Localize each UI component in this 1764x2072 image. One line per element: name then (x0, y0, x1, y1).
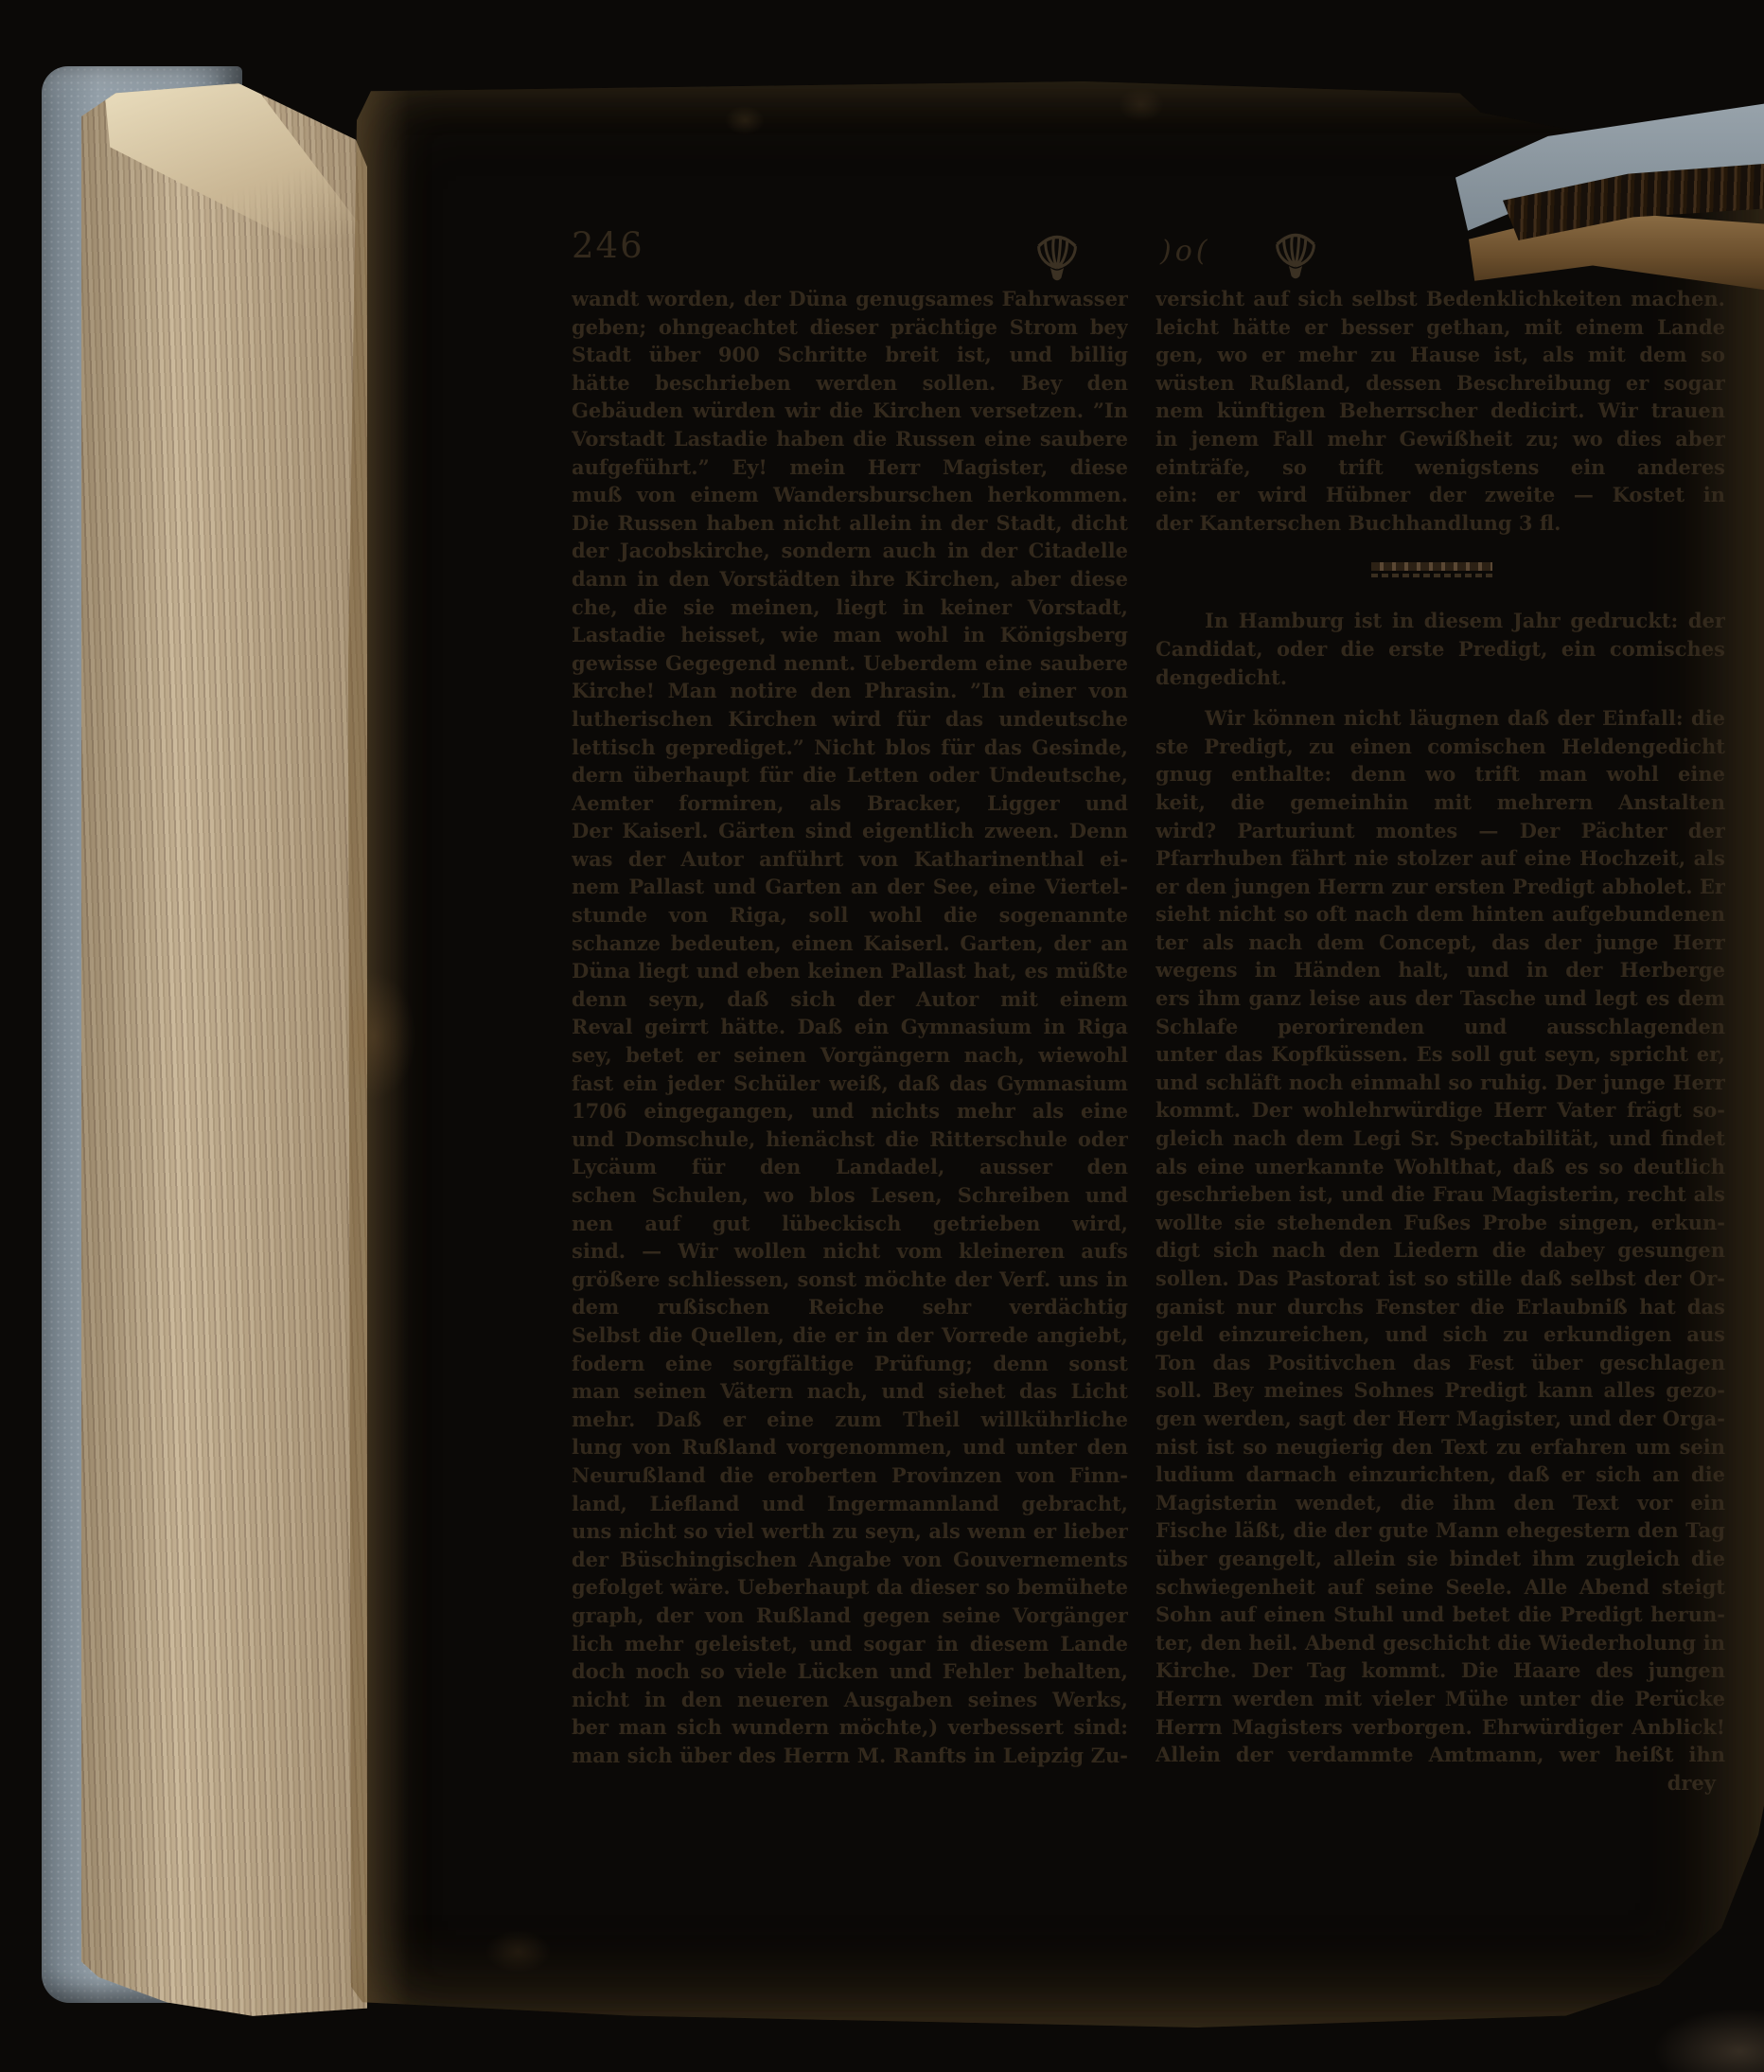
text-line: Sohn auf einen Stuhl und betet die Predi… (1155, 1601, 1725, 1629)
text-line: Schlafe perorirenden und ausschlagenden … (1155, 1013, 1725, 1041)
text-line: aufgeführt.” Ey! mein Herr Magister, die… (572, 453, 1128, 482)
corner-shadow (1599, 1969, 1764, 2072)
text-line: in jenem Fall mehr Gewißheit zu; wo dies… (1155, 425, 1725, 453)
text-line: lich mehr geleistet, und sogar in diesem… (572, 1630, 1128, 1658)
text-line: der Kanterschen Buchhandlung 3 fl. (1155, 509, 1725, 538)
text-line: gewisse Gegegend nennt. Ueberdem eine sa… (572, 649, 1128, 678)
text-line: Reval geirrt hätte. Daß ein Gymnasium in… (572, 1013, 1128, 1041)
text-line: man seinen Vätern nach, und siehet das L… (572, 1377, 1128, 1406)
text-line: was der Autor anführt von Katharinenthal… (572, 845, 1128, 874)
text-line: 1706 eingegangen, und nichts mehr als ei… (572, 1097, 1128, 1125)
text-line: ers ihm ganz leise aus der Tasche und le… (1155, 984, 1725, 1013)
text-column-left: wandt worden, der Düna genugsames Fahrwa… (572, 285, 1128, 1769)
review-paragraph: Wir können nicht läugnen daß der Einfall… (1155, 704, 1725, 1769)
text-line: muß von einem Wandersburschen herkommen. (572, 481, 1128, 509)
text-line: wandt worden, der Düna genugsames Fahrwa… (572, 285, 1128, 313)
text-line: nist ist so neugierig den Text zu erfahr… (1155, 1433, 1725, 1461)
text-line: Aemter formiren, als Bracker, Ligger und… (572, 789, 1128, 818)
text-line: wollte sie stehenden Fußes Probe singen,… (1155, 1209, 1725, 1237)
text-line: leicht hätte er besser gethan, mit einem… (1155, 313, 1725, 342)
text-line: Vorstadt Lastadie haben die Russen eine … (572, 425, 1128, 453)
text-line: denn seyn, daß sich der Autor mit einem … (572, 985, 1128, 1014)
text-line: dann in den Vorstädten ihre Kirchen, abe… (572, 565, 1128, 593)
text-line: geben; ohngeachtet dieser prächtige Stro… (572, 313, 1128, 342)
text-line: gen, wo er mehr zu Hause ist, als mit de… (1155, 341, 1725, 369)
text-line: und Domschule, hienächst die Ritterschul… (572, 1125, 1128, 1154)
text-line: über geangelt, allein sie bindet ihm zug… (1155, 1545, 1725, 1573)
text-line: unter das Kopfküssen. Es soll gut seyn, … (1155, 1040, 1725, 1069)
text-line: schwiegenheit auf seine Seele. Alle Aben… (1155, 1573, 1725, 1602)
hamburg-paragraph: In Hamburg ist in diesem Jahr gedruckt: … (1155, 607, 1725, 691)
text-line: nen auf gut lübeckisch getrieben wird, v… (572, 1210, 1128, 1238)
text-line: dengedicht. (1155, 664, 1725, 692)
text-line: nem Pallast und Garten an der See, eine … (572, 873, 1128, 901)
section-divider-ornament (1371, 562, 1492, 579)
text-line: versicht auf sich selbst Bedenklichkeite… (1155, 285, 1725, 313)
text-line: geld einzureichen, und sich zu erkundige… (1155, 1320, 1725, 1349)
text-line: Pfarrhuben fährt nie stolzer auf eine Ho… (1155, 844, 1725, 873)
catchword: drey (1155, 1769, 1725, 1798)
text-line: Düna liegt und eben keinen Pallast hat, … (572, 957, 1128, 985)
text-line: ludium darnach einzurichten, daß er sich… (1155, 1461, 1725, 1489)
text-line: als eine unerkannte Wohlthat, daß es so … (1155, 1153, 1725, 1181)
text-line: fodern eine sorgfältige Prüfung; denn so… (572, 1350, 1128, 1378)
text-line: Fische läßt, die der gute Mann ehegester… (1155, 1516, 1725, 1545)
text-line: wüsten Rußland, dessen Beschreibung er s… (1155, 369, 1725, 398)
text-line: gnug enthalte: denn wo trift man wohl ei… (1155, 760, 1725, 788)
text-line: Allein der verdammte Amtmann, wer heißt … (1155, 1741, 1725, 1769)
text-line: mehr. Daß er eine zum Theil willkührlich… (572, 1406, 1128, 1434)
text-line: sollen. Das Pastorat ist so stille daß s… (1155, 1265, 1725, 1293)
text-line: fast ein jeder Schüler weiß, daß das Gym… (572, 1070, 1128, 1098)
signature-mark: )o( (1160, 235, 1210, 268)
text-line: Herrn Magisters verborgen. Ehrwürdiger A… (1155, 1713, 1725, 1742)
text-line: Der Kaiserl. Gärten sind eigentlich zwee… (572, 817, 1128, 845)
text-line: Selbst die Quellen, die er in der Vorred… (572, 1321, 1128, 1350)
divider-dashes (1371, 574, 1492, 577)
text-line: Lycäum für den Landadel, ausser den soge… (572, 1153, 1128, 1181)
text-line: lettisch geprediget.” Nicht blos für das… (572, 734, 1128, 762)
text-line: sieht nicht so oft nach dem hinten aufge… (1155, 900, 1725, 929)
text-line: wegens in Händen halt, und in der Herber… (1155, 956, 1725, 984)
text-line: geschrieben ist, und die Frau Magisterin… (1155, 1180, 1725, 1209)
text-line: er den jungen Herrn zur ersten Predigt a… (1155, 873, 1725, 901)
text-line: stunde von Riga, soll wohl die sogenannt… (572, 901, 1128, 930)
text-line: schen Schulen, wo blos Lesen, Schreiben … (572, 1181, 1128, 1210)
text-line: ste Predigt, zu einen comischen Heldenge… (1155, 733, 1725, 761)
text-line: Candidat, oder die erste Predigt, ein co… (1155, 635, 1725, 664)
text-line: Wir können nicht läugnen daß der Einfall… (1155, 704, 1725, 733)
text-line: Neurußland die eroberten Provinzen von F… (572, 1461, 1128, 1490)
text-line: land, Liefland und Ingermannland gebrach… (572, 1490, 1128, 1518)
text-line: Magisterin wendet, die ihm den Text vor … (1155, 1489, 1725, 1517)
text-line: Kirche! Man notire den Phrasin. ”In eine… (572, 677, 1128, 705)
text-line: Lastadie heisset, wie man wohl in Königs… (572, 621, 1128, 649)
text-line: gefolget wäre. Ueberhaupt da dieser so b… (572, 1573, 1128, 1602)
text-line: schanze bedeuten, einen Kaiserl. Garten,… (572, 930, 1128, 958)
text-line: ganist nur durchs Fenster die Erlaubniß … (1155, 1293, 1725, 1321)
text-line: digt sich nach den Liedern die dabey ges… (1155, 1236, 1725, 1265)
text-line: der Jacobskirche, sondern auch in der Ci… (572, 537, 1128, 565)
text-line: ein: er wird Hübner der zweite — Kostet … (1155, 481, 1725, 509)
text-line: kommt. Der wohlehrwürdige Herr Vater frä… (1155, 1096, 1725, 1125)
text-line: Kirche. Der Tag kommt. Die Haare des jun… (1155, 1656, 1725, 1685)
left-paragraph: wandt worden, der Düna genugsames Fahrwa… (572, 285, 1128, 1769)
text-line: größere schliessen, sonst möchte der Ver… (572, 1266, 1128, 1294)
text-line: keit, die gemeinhin mit mehrern Anstalte… (1155, 788, 1725, 817)
text-line: graph, der von Rußland gegen seine Vorgä… (572, 1602, 1128, 1630)
text-line: Gebäuden würden wir die Kirchen versetze… (572, 397, 1128, 425)
text-line: lutherischen Kirchen wird für das undeut… (572, 705, 1128, 734)
text-line: che, die sie meinen, liegt in keiner Vor… (572, 593, 1128, 622)
page-number: 246 (572, 225, 644, 266)
text-line: dem rußischen Reiche sehr verdächtig ers… (572, 1293, 1128, 1321)
text-line: Stadt über 900 Schritte breit ist, und b… (572, 341, 1128, 369)
text-line: lung von Rußland vorgenommen, und unter … (572, 1433, 1128, 1461)
text-line: man sich über des Herrn M. Ranfts in Lei… (572, 1742, 1128, 1770)
text-line: wird? Parturiunt montes — Der Pächter de… (1155, 817, 1725, 845)
shell-ornament-icon (1270, 231, 1321, 288)
text-line: einträfe, so trift wenigstens ein andere… (1155, 453, 1725, 482)
text-line: ter als nach dem Concept, das der junge … (1155, 929, 1725, 957)
shell-ornament-icon (1032, 233, 1083, 290)
text-line: nicht in den neueren Ausgaben seines Wer… (572, 1686, 1128, 1714)
text-line: und schläft noch einmahl so ruhig. Der j… (1155, 1069, 1725, 1097)
text-line: dern überhaupt für die Letten oder Undeu… (572, 761, 1128, 789)
text-line: gleich nach dem Legi Sr. Spectabilität, … (1155, 1125, 1725, 1153)
text-line: sey, betet er seinen Vorgängern nach, wi… (572, 1041, 1128, 1070)
text-column-right: versicht auf sich selbst Bedenklichkeite… (1155, 285, 1725, 1798)
text-line: ter, den heil. Abend geschicht die Wiede… (1155, 1629, 1725, 1657)
text-line: hätte beschrieben werden sollen. Bey den… (572, 369, 1128, 398)
page-edges-stack (81, 80, 367, 2022)
text-line: Ton das Positivchen das Fest über geschl… (1155, 1349, 1725, 1377)
text-line: doch noch so viele Lücken und Fehler beh… (572, 1657, 1128, 1686)
text-line: ber man sich wundern möchte,) verbessert… (572, 1713, 1128, 1742)
text-line: Die Russen haben nicht allein in der Sta… (572, 509, 1128, 538)
text-line: sind. — Wir wollen nicht vom kleineren a… (572, 1237, 1128, 1266)
text-line: In Hamburg ist in diesem Jahr gedruckt: … (1155, 607, 1725, 635)
text-line: nem künftigen Beherrscher dedicirt. Wir … (1155, 397, 1725, 425)
text-line: der Büschingischen Angabe von Gouverneme… (572, 1546, 1128, 1574)
text-line: soll. Bey meines Sohnes Predigt kann all… (1155, 1376, 1725, 1405)
divider-bar (1371, 562, 1492, 571)
text-line: gen werden, sagt der Herr Magister, und … (1155, 1405, 1725, 1433)
book-scan-stage: 246 )o( wandt worden, der Düna genugsame… (0, 0, 1764, 2072)
text-line: Herrn werden mit vieler Mühe unter die P… (1155, 1685, 1725, 1713)
intro-paragraph: versicht auf sich selbst Bedenklichkeite… (1155, 285, 1725, 537)
text-line: uns nicht so viel werth zu seyn, als wen… (572, 1517, 1128, 1546)
